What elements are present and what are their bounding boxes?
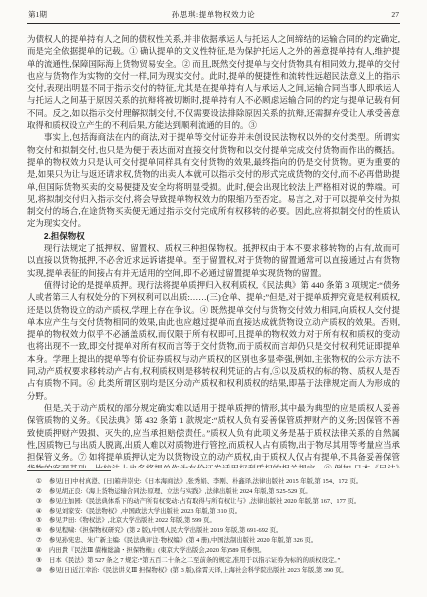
issue-label: 第1期	[28, 9, 98, 20]
footnote-item: ⑩ 参见[日]近江幸治:《民法讲义Ⅲ 担保物权》(第 3 版),徐霄天译,上海社…	[27, 566, 409, 576]
footnote-marker: ⑧	[36, 546, 49, 556]
footnote-item: ④ 参见刘家安:《民法物权》,中国政法大学出版社 2023 年版,第 310 页…	[27, 507, 409, 517]
footnote-text: 参见庄加园:《民法典体系下的动产所有权变动:占有取得与所有权让与》,法律出版社 …	[49, 497, 409, 507]
footnote-text: 内田貴『民法Ⅲ 債権総論・担保物権』(東京大学出版会,2020 年)589 頁参…	[49, 546, 409, 556]
footnote-marker: ⑨	[36, 556, 49, 566]
footnote-item: ⑥ 参见程啸:《担保物权研究》(第 2 版),中国人民大学出版社 2019 年版…	[27, 526, 409, 536]
footnotes-section: ① 参见[日]中村真澄、[日]箱井崇史:《日本海商法》,张秀娟、李刚、朴鑫译,法…	[27, 470, 409, 575]
footnote-marker: ⑥	[36, 526, 49, 536]
footnote-text: 参见[日]中村真澄、[日]箱井崇史:《日本海商法》,张秀娟、李刚、朴鑫译,法律出…	[49, 477, 409, 487]
footnote-text: 参见尹田:《物权法》,北京大学出版社 2022 年版,第 599 页。	[49, 516, 409, 526]
journal-page: 第1期 孙思琪:提单物权效力论 27 为债权人的提单持有人之间的债权性关系,并非…	[0, 0, 427, 597]
footnote-marker: ①	[36, 477, 49, 487]
footnote-item: ② 参见胡正良:《海上货物运输合同法:原理、立法与实践》,法律出版社 2024 …	[27, 487, 409, 497]
footnote-item: ⑤ 参见尹田:《物权法》,北京大学出版社 2022 年版,第 599 页。	[27, 516, 409, 526]
footnote-item: ⑦ 参见孙宪忠、朱广新主编:《民法典评注·物权编》(第 4 册),中国法制出版社…	[27, 536, 409, 546]
paragraph: 事实上,包括海商法在内的商法,对于提单等交付证券并未创设民法物权以外的交付类型。…	[27, 131, 400, 229]
footnote-item: ③ 参见庄加园:《民法典体系下的动产所有权变动:占有取得与所有权让与》,法律出版…	[27, 497, 409, 507]
footnote-text: 参见[日]近江幸治:《民法讲义Ⅲ 担保物权》(第 3 版),徐霄天译,上海社会科…	[49, 566, 409, 576]
footnote-text: 日本《民法》第 527 条之 7 规定:“第五百二十条之二至前条的规定,准用于以…	[49, 556, 409, 566]
paragraph: 值得讨论的是提单质押。现行法将提单质押归入权利质权,《民法典》第 440 条第 …	[27, 279, 400, 402]
section-heading: 2.担保物权	[27, 230, 400, 242]
page-header: 第1期 孙思琪:提单物权效力论 27	[27, 7, 400, 24]
page-number: 27	[329, 10, 399, 19]
paragraph: 为债权人的提单持有人之间的债权性关系,并非依据承运人与托运人之间缔结的运输合同的…	[27, 33, 400, 131]
footnote-marker: ⑤	[36, 516, 49, 526]
footnote-item: ⑨ 日本《民法》第 527 条之 7 规定:“第五百二十条之二至前条的规定,准用…	[27, 556, 409, 566]
footnote-text: 参见程啸:《担保物权研究》(第 2 版),中国人民大学出版社 2019 年版,第…	[49, 526, 409, 536]
footnote-text: 参见胡正良:《海上货物运输合同法:原理、立法与实践》,法律出版社 2024 年版…	[49, 487, 409, 497]
article-body: 为债权人的提单持有人之间的债权性关系,并非依据承运人与托运人之间缔结的运输合同的…	[27, 33, 400, 468]
footnote-text: 参见孙宪忠、朱广新主编:《民法典评注·物权编》(第 4 册),中国法制出版社 2…	[49, 536, 409, 546]
footnote-item: ① 参见[日]中村真澄、[日]箱井崇史:《日本海商法》,张秀娟、李刚、朴鑫译,法…	[27, 477, 409, 487]
footnote-marker: ③	[36, 497, 49, 507]
footnote-marker: ⑦	[36, 536, 49, 546]
footnote-divider	[27, 470, 111, 471]
footnote-marker: ④	[36, 507, 49, 517]
footnote-marker: ②	[36, 487, 49, 497]
footnote-item: ⑧ 内田貴『民法Ⅲ 債権総論・担保物権』(東京大学出版会,2020 年)589 …	[27, 546, 409, 556]
running-title: 孙思琪:提单物权效力论	[98, 9, 329, 20]
footnote-text: 参见刘家安:《民法物权》,中国政法大学出版社 2023 年版,第 310 页。	[49, 507, 409, 517]
footnote-marker: ⑩	[36, 566, 49, 576]
paragraph: 但是,关于动产质权的部分规定确实难以适用于提单质押的情形,其中最为典型的应是质权…	[27, 402, 400, 468]
footnote-list: ① 参见[日]中村真澄、[日]箱井崇史:《日本海商法》,张秀娟、李刚、朴鑫译,法…	[27, 477, 409, 575]
paragraph: 现行法规定了抵押权、留置权、质权三种担保物权。抵押权由于本不要求移转物的占有,故…	[27, 242, 400, 279]
